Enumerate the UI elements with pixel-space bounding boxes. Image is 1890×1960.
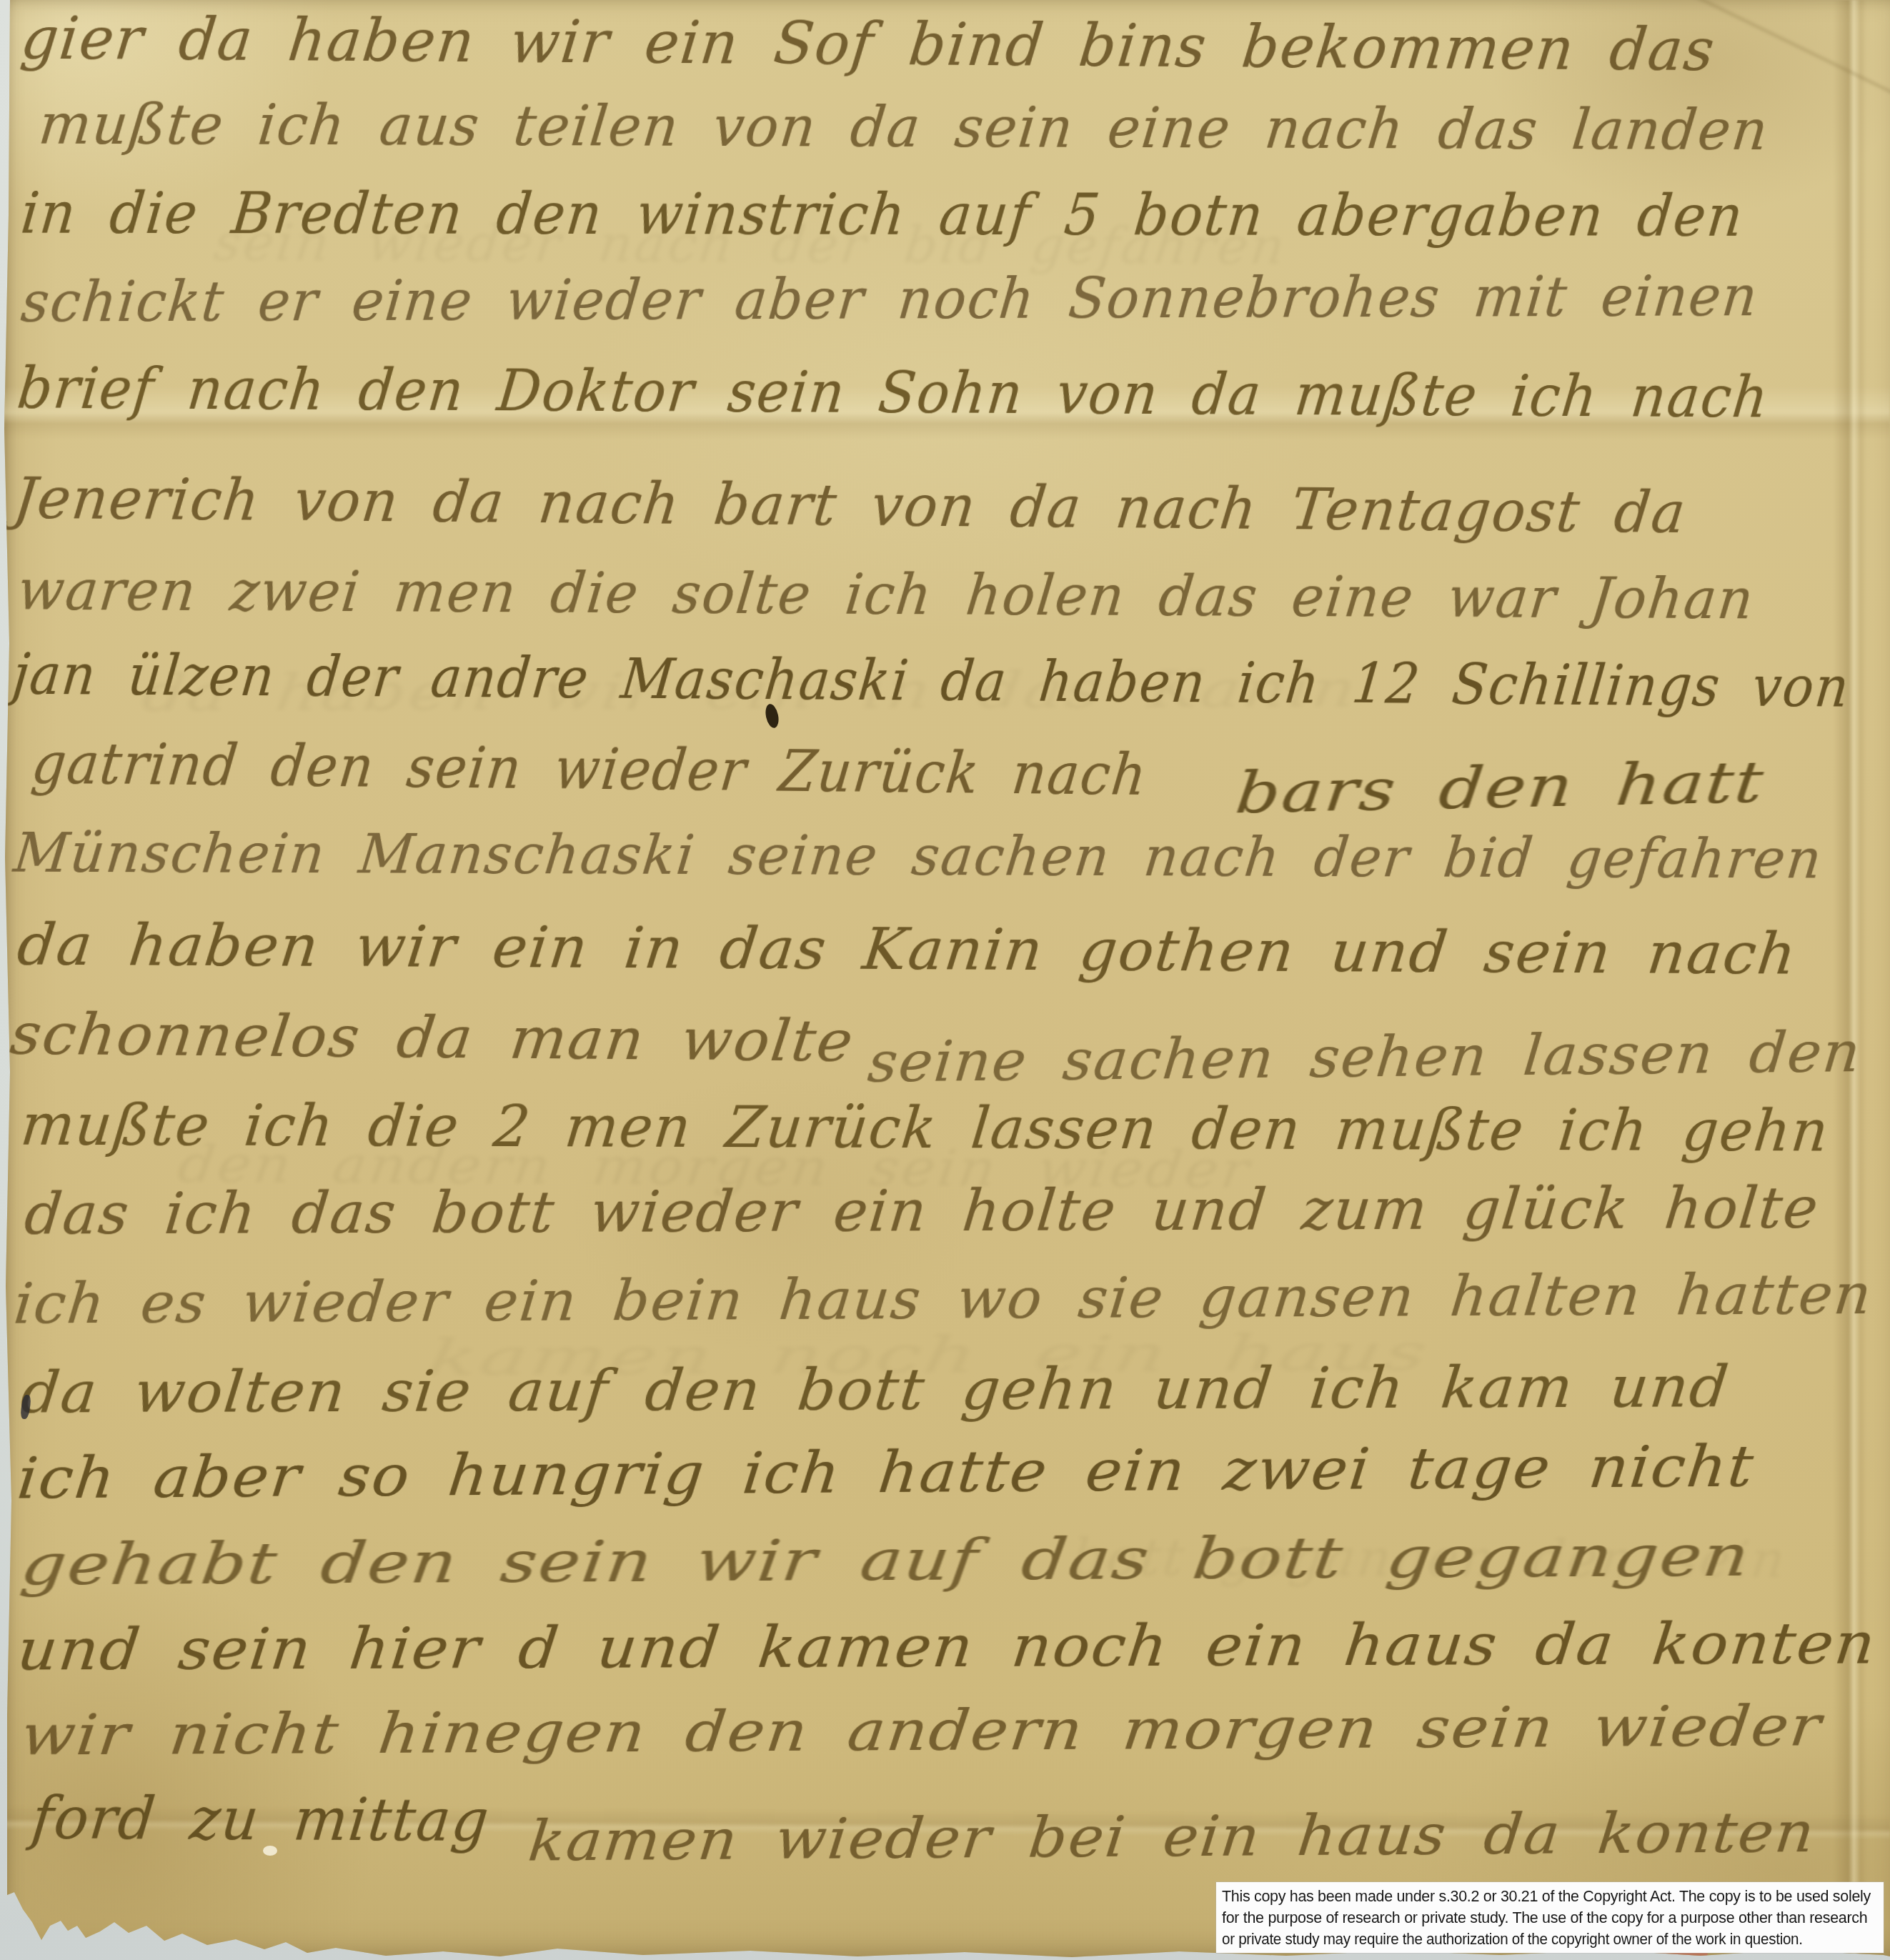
handwriting-line: schickt er eine wieder aber noch Sonnebr… <box>19 266 1761 336</box>
handwriting-line: kamen wieder bei ein haus da konten <box>525 1801 1819 1874</box>
handwriting-line: waren zwei men die solte ich holen das e… <box>14 559 1757 632</box>
ink-bleed-through: sein wieder nach der bid gefahren <box>211 214 1289 276</box>
handwriting-line: seine sachen sehen lassen den <box>865 1021 1864 1095</box>
handwriting-line: bars den hatt <box>1233 749 1768 826</box>
red-mark <box>1515 1953 1708 1957</box>
handwriting-line: und sein hier d und kamen noch ein haus … <box>14 1611 1880 1683</box>
copyright-notice-line: for the purpose of research or private s… <box>1222 1907 1876 1929</box>
copyright-notice: This copy has been made under s.30.2 or … <box>1216 1882 1884 1953</box>
handwriting-line: Münschein Manschaski seine sachen nach d… <box>11 822 1826 890</box>
handwriting-line: ford zu mittag <box>29 1786 493 1856</box>
handwriting-line: Jenerich von da nach bart von da nach Te… <box>11 466 1690 546</box>
handwriting-line: mußte ich aus teilen von da sein eine na… <box>36 94 1771 164</box>
ink-bleed-through: den andern morgen sein wieder <box>175 1136 1255 1199</box>
copyright-notice-line: or private study may require the authori… <box>1222 1929 1851 1950</box>
white-fleck <box>263 1846 277 1856</box>
handwriting-line: gatrind den sein wieder Zurück nach <box>29 731 1150 808</box>
ink-bleed-through: da haben wir ein in das Kanin <box>139 660 1362 722</box>
handwriting-line: gier da haben wir ein Sof bind bins beko… <box>18 6 1719 85</box>
copyright-notice-line: This copy has been made under s.30.2 or … <box>1222 1886 1876 1907</box>
ink-bleed-through: bott gegangen den sein <box>1069 1529 1790 1589</box>
handwriting-line: da haben wir ein in das Kanin gothen und… <box>14 912 1801 988</box>
handwriting-line: brief nach den Doktor sein Sohn von da m… <box>14 356 1772 431</box>
letter-paper: gier da haben wir ein Sof bind bins beko… <box>0 0 1890 1960</box>
handwriting-line: ich aber so hungrig ich hatte ein zwei t… <box>14 1434 1758 1512</box>
ink-bleed-through: kamen noch ein haus <box>424 1324 1433 1387</box>
handwriting-line: schonnelos da man wolte <box>7 1002 858 1075</box>
handwriting-line: wir nicht hinegen den andern morgen sein… <box>18 1696 1826 1769</box>
scanned-letter-page: { "scan": { "background_color": "#d7dcd8… <box>0 0 1890 1960</box>
